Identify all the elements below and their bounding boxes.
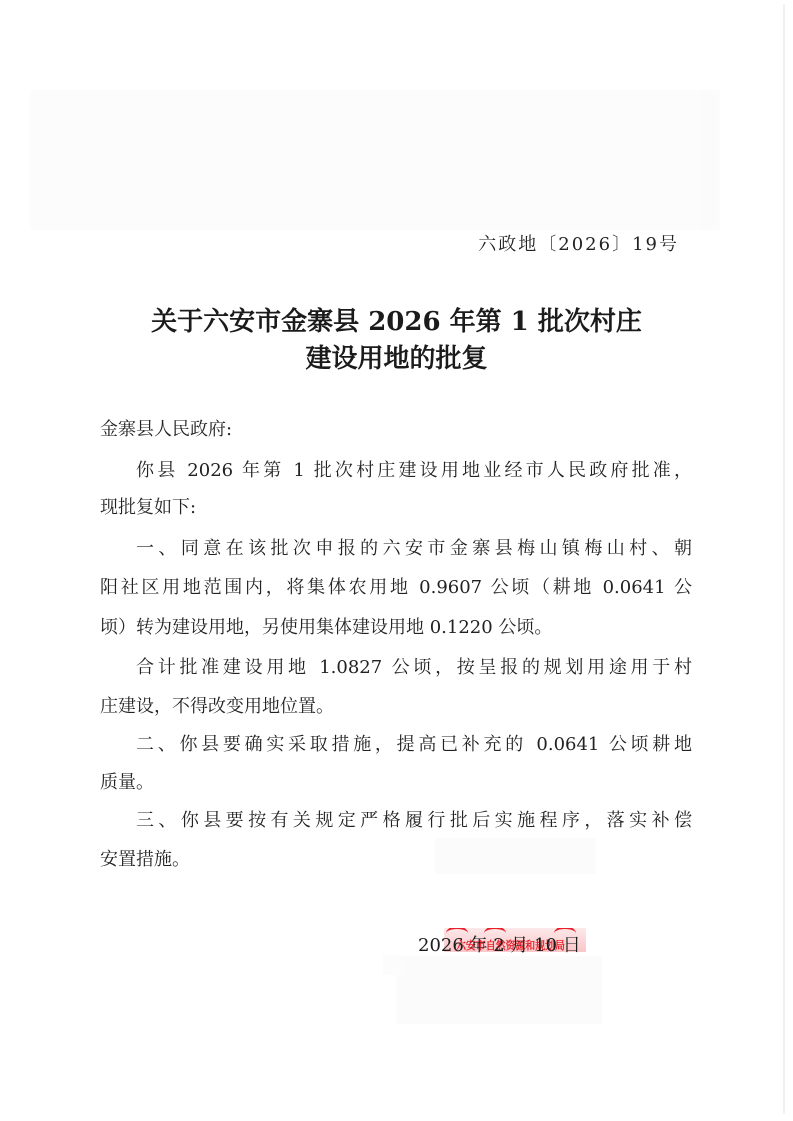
- salutation: 金寨县人民政府:: [100, 419, 232, 441]
- redacted-header-edge: [700, 90, 718, 230]
- issue-date: 2026 年 2 月 10 日: [418, 931, 581, 957]
- page-edge: [783, 4, 785, 1114]
- body-line: 二、你县要确实采取措施，提高已补充的 0.0641 公顷耕地: [136, 734, 692, 756]
- redacted-region: [435, 838, 595, 874]
- body-line: 质量。: [100, 772, 154, 794]
- body-line: 现批复如下:: [100, 497, 196, 519]
- redacted-header-region: [30, 90, 720, 230]
- document-title-line-1: 关于六安市金寨县 2026 年第 1 批次村庄: [0, 301, 793, 338]
- document-title-line-2: 建设用地的批复: [0, 338, 793, 375]
- body-line: 一、同意在该批次申报的六安市金寨县梅山镇梅山村、朝: [136, 538, 692, 560]
- body-line: 庄建设，不得改变用地位置。: [100, 696, 334, 718]
- document-number: 六政地〔2026〕19号: [478, 230, 679, 256]
- redacted-region: [383, 955, 403, 975]
- body-line: 安置措施。: [100, 849, 190, 871]
- body-line: 阳社区用地范围内，将集体农用地 0.9607 公顷（耕地 0.0641 公: [100, 577, 692, 599]
- body-line: 你县 2026 年第 1 批次村庄建设用地业经市人民政府批准，: [136, 460, 692, 482]
- redacted-signature-region: [397, 956, 602, 1024]
- body-line: 顷）转为建设用地，另使用集体建设用地 0.1220 公顷。: [100, 617, 552, 639]
- body-line: 合计批准建设用地 1.0827 公顷，按呈报的规划用途用于村: [136, 657, 692, 679]
- body-line: 三、你县要按有关规定严格履行批后实施程序，落实补偿: [136, 810, 692, 832]
